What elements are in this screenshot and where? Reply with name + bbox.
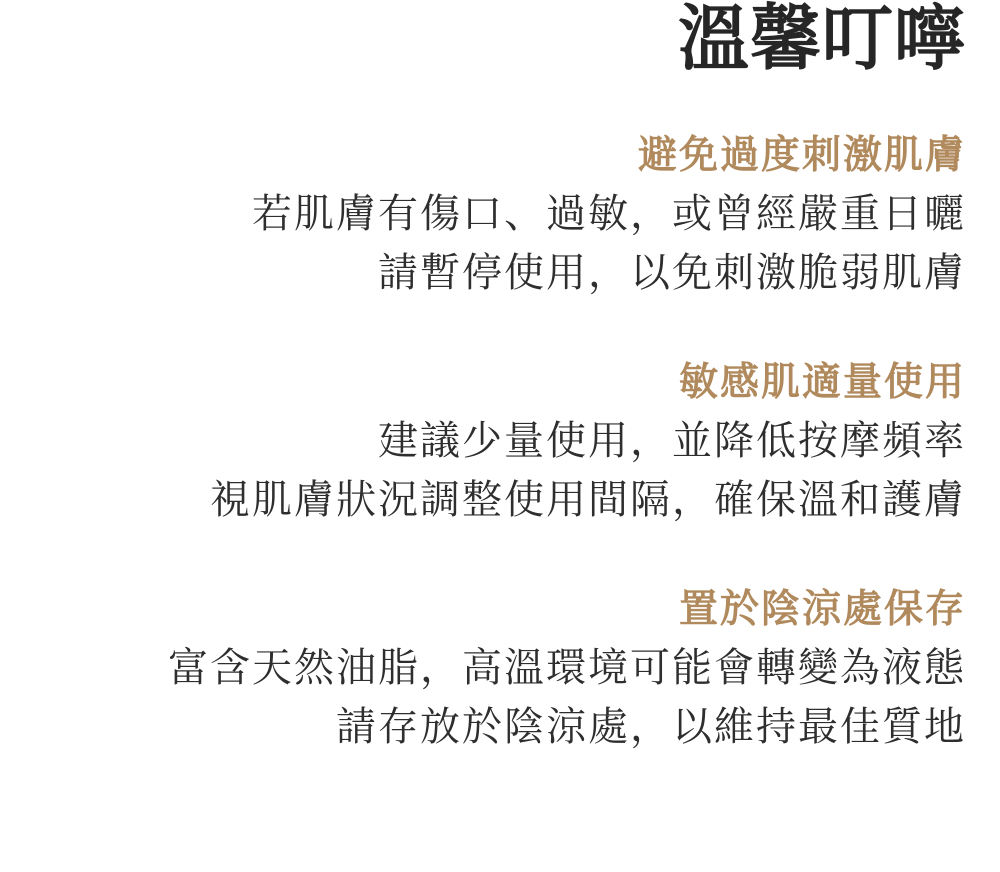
tip-line: 請暫停使用，以免刺激脆弱肌膚	[0, 244, 966, 303]
page-title: 溫馨叮嚀	[0, 2, 966, 78]
tip-section-sensitive-skin: 敏感肌適量使用 建議少量使用，並降低按摩頻率 視肌膚狀況調整使用間隔，確保溫和護…	[0, 353, 966, 530]
tip-line: 請存放於陰涼處，以維持最佳質地	[0, 698, 966, 757]
tip-section-heading: 敏感肌適量使用	[0, 353, 966, 412]
tip-section-storage: 置於陰涼處保存 富含天然油脂，高溫環境可能會轉變為液態 請存放於陰涼處，以維持最…	[0, 580, 966, 757]
tip-line: 視肌膚狀況調整使用間隔，確保溫和護膚	[0, 471, 966, 530]
tip-section-avoid-irritation: 避免過度刺激肌膚 若肌膚有傷口、過敏，或曾經嚴重日曬 請暫停使用，以免刺激脆弱肌…	[0, 126, 966, 303]
tip-line: 若肌膚有傷口、過敏，或曾經嚴重日曬	[0, 185, 966, 244]
tip-line: 富含天然油脂，高溫環境可能會轉變為液態	[0, 639, 966, 698]
warm-reminder-panel: 溫馨叮嚀 避免過度刺激肌膚 若肌膚有傷口、過敏，或曾經嚴重日曬 請暫停使用，以免…	[0, 0, 1000, 872]
tip-section-heading: 置於陰涼處保存	[0, 580, 966, 639]
tip-line: 建議少量使用，並降低按摩頻率	[0, 412, 966, 471]
tip-section-heading: 避免過度刺激肌膚	[0, 126, 966, 185]
